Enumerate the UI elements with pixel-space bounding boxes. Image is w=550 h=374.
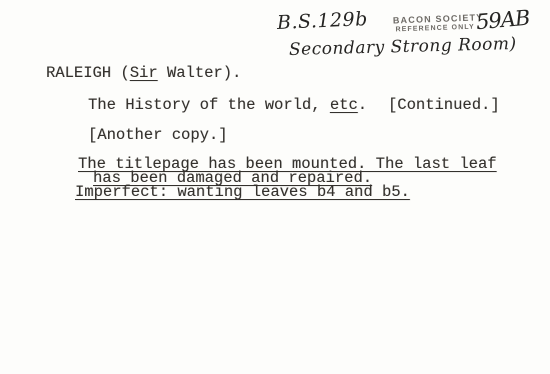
title-post: . <box>358 96 367 114</box>
catalog-card: B.S.129b BACON SOCIETY REFERENCE ONLY 59… <box>0 0 550 374</box>
heading-post: Walter). <box>158 64 242 82</box>
title-line: The History of the world, etc. <box>88 98 367 113</box>
heading-pre: RALEIGH ( <box>46 64 130 82</box>
continued-marker: [Continued.] <box>388 98 500 113</box>
heading-sir-underlined: Sir <box>130 64 158 82</box>
imperfect-note-line: Imperfect: wanting leaves b4 and b5. <box>75 185 410 200</box>
stamp-reference-only: REFERENCE ONLY <box>393 24 477 34</box>
title-etc-underlined: etc <box>330 96 358 114</box>
another-copy-note: [Another copy.] <box>88 128 228 143</box>
handwritten-code: 59AB <box>475 6 530 35</box>
handwritten-location: Secondary Strong Room) <box>289 34 517 60</box>
title-pre: The History of the world, <box>88 96 330 114</box>
author-heading: RALEIGH (Sir Walter). <box>46 66 241 81</box>
handwritten-shelfmark: B.S.129b <box>277 8 369 34</box>
reference-stamp: BACON SOCIETY REFERENCE ONLY <box>393 13 478 34</box>
